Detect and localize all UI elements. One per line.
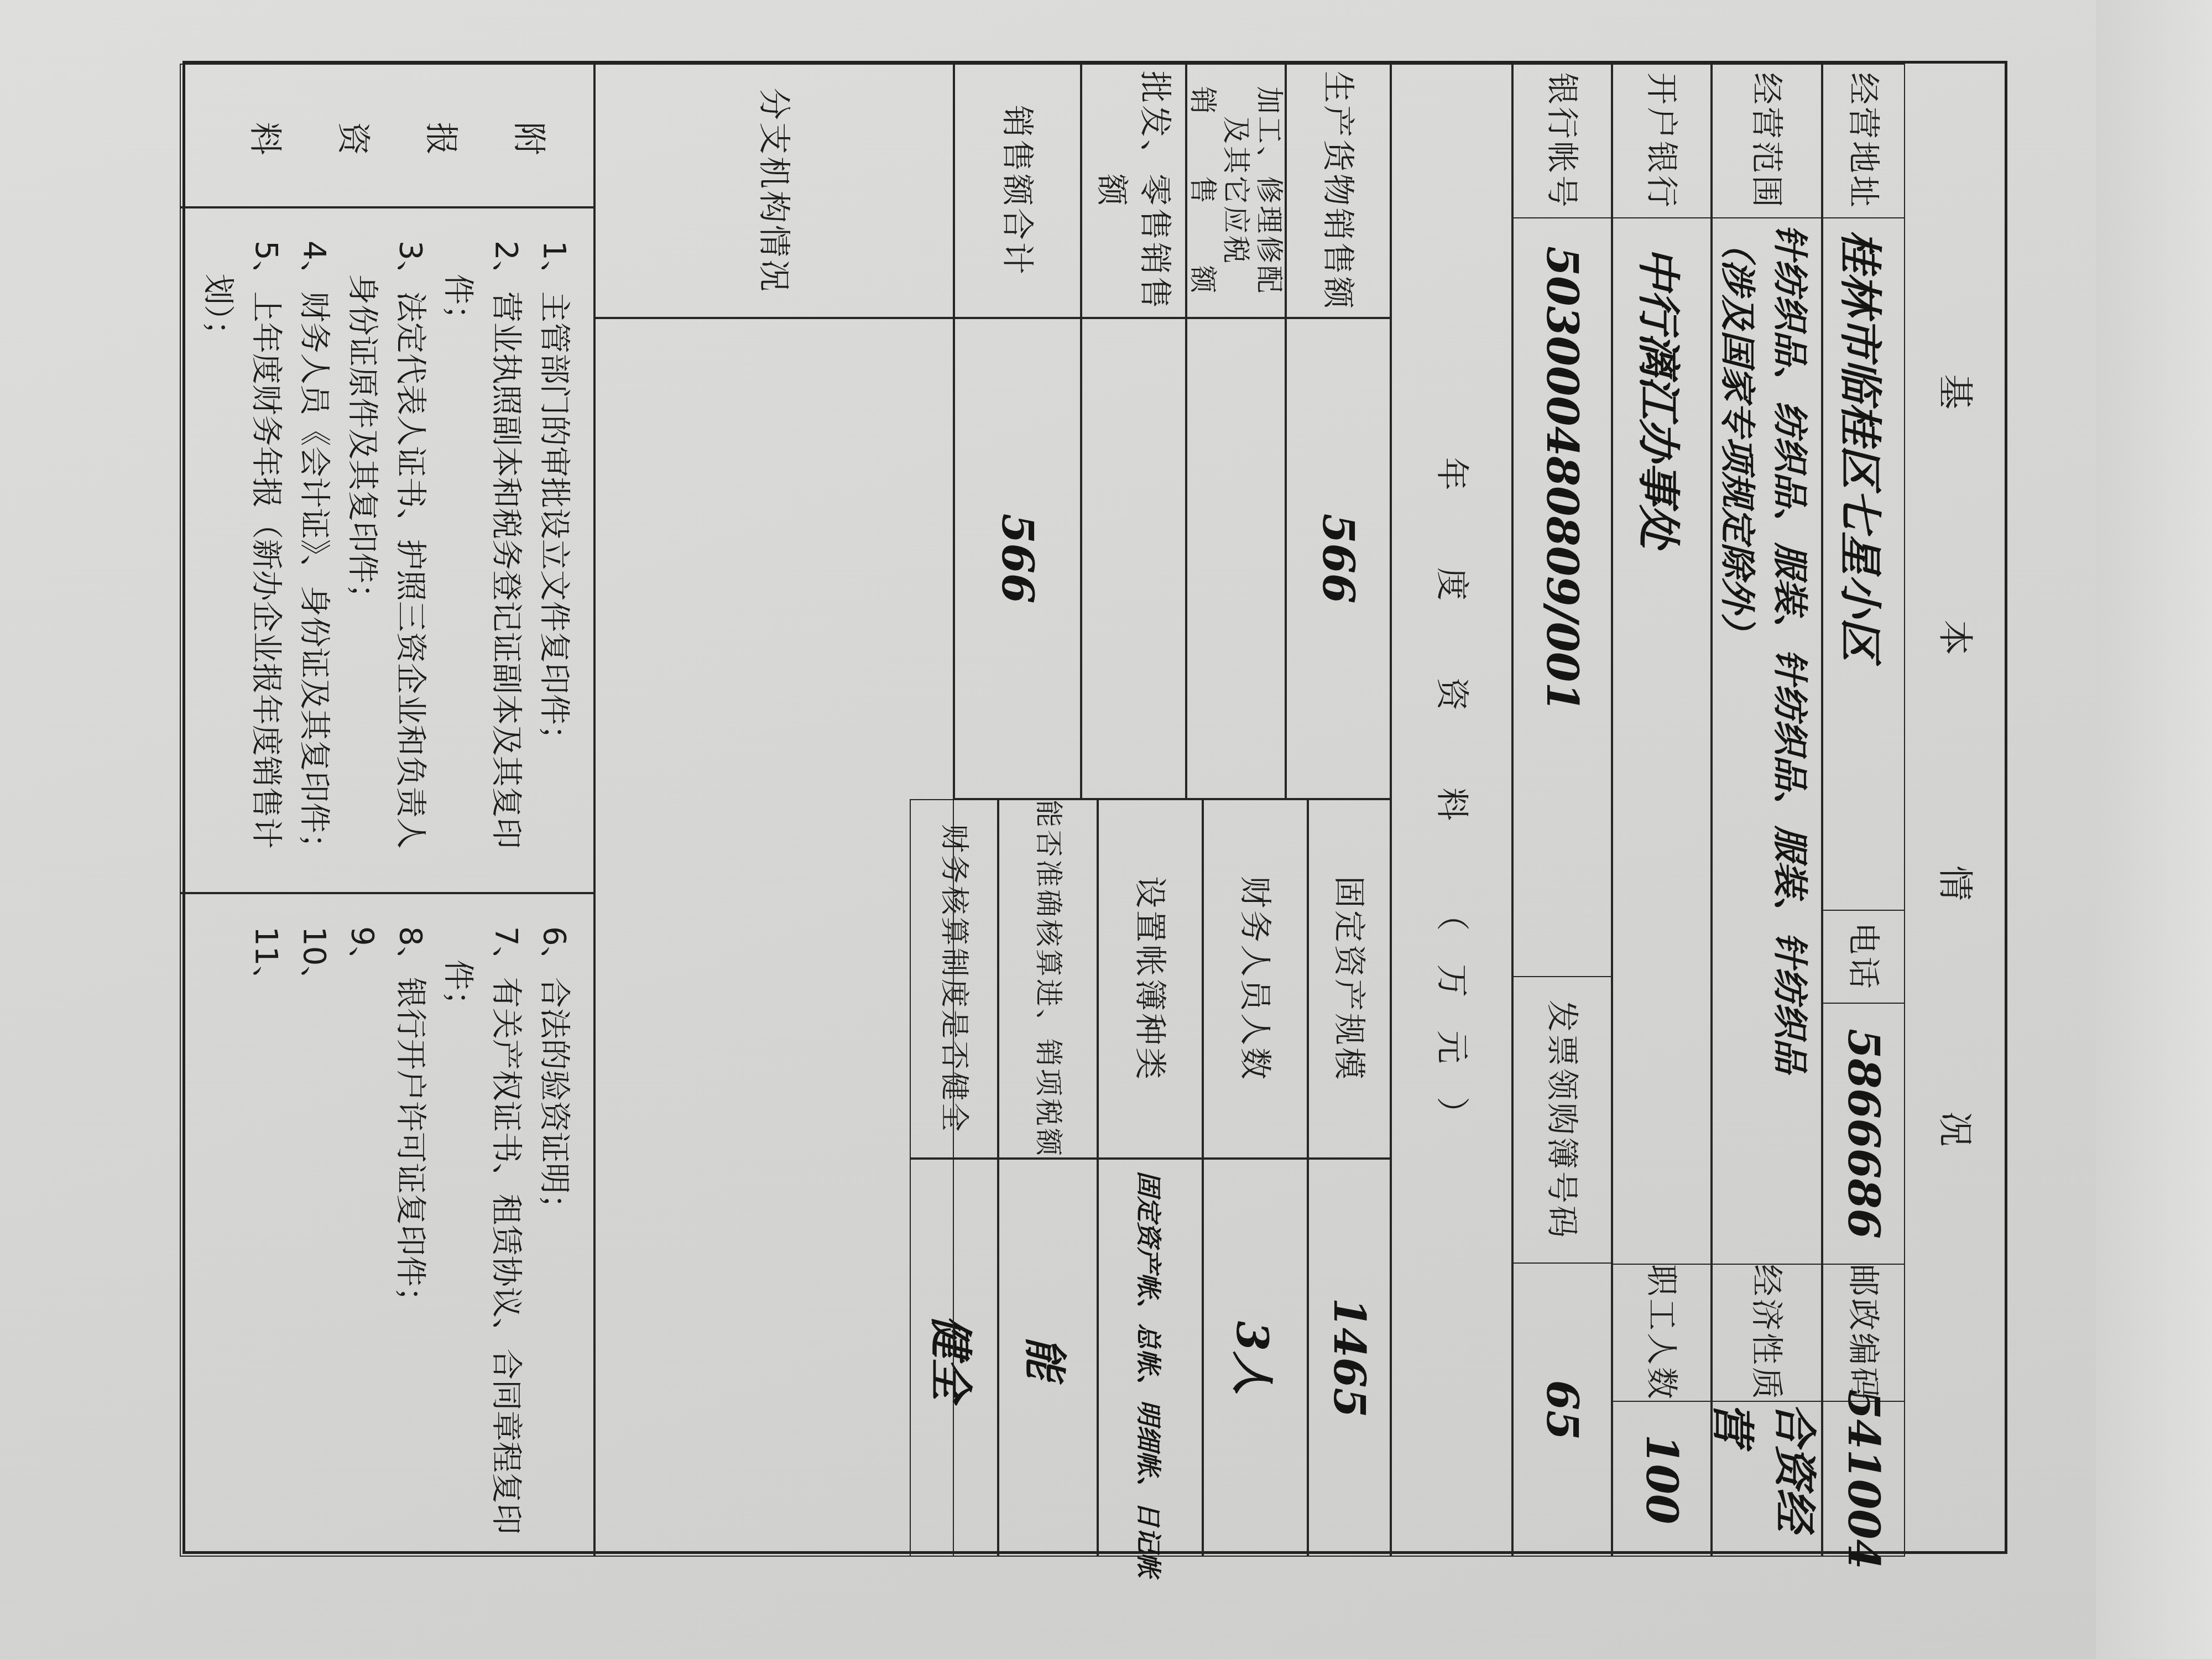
attachment-item: 10、 [290, 926, 338, 1535]
account-books-label: 设置帐簿种类 [1098, 799, 1203, 1159]
fixed-assets-label: 固定资产规模 [1308, 799, 1391, 1159]
tax-registration-form: 基 本 情 况 经营地址 桂林市临桂区七星小区 电话 5866686 邮政编码 … [182, 61, 2007, 1554]
scope-value-line2[interactable]: （涉及国家专项规定除外） [1714, 224, 1767, 1275]
employees-label: 职工人数 [1612, 1264, 1712, 1402]
attachment-item: 4、财务人员《会计证》、身份证及其复印件； [290, 241, 338, 871]
attachment-item: 5、上年度财务年报（新办企业报年度销售计划）； [194, 241, 290, 871]
attachment-item: 8、银行开户许可证复印件； [386, 926, 434, 1535]
total-sales-label: 销售额合计 [954, 64, 1081, 318]
finance-staff-label: 财务人员人数 [1203, 799, 1308, 1159]
invoice-label: 发票领购簿号码 [1512, 976, 1612, 1264]
nature-value[interactable]: 合资经营 [1712, 1402, 1822, 1557]
wholesale-retail-value[interactable] [1081, 318, 1186, 799]
annual-header: 年 度 资 料 （万元） [1391, 64, 1512, 1557]
account-label: 银行帐号 [1512, 64, 1612, 218]
underlying-paper-edge [2090, 0, 2212, 1659]
attachments-label: 附 报 资 料 [185, 75, 589, 196]
scope-value-line1[interactable]: 针纺织品、纺织品、服装、针纺织品、服装、针纺织品 [1767, 224, 1819, 1275]
account-value[interactable]: 503000480809/001 [1512, 246, 1612, 965]
scope-label: 经营范围 [1712, 64, 1822, 218]
attachment-item: 9、 [338, 926, 386, 1535]
nature-label: 经济性质 [1712, 1264, 1822, 1402]
attachments-right-list: 6、合法的验资证明； 7、有关产权证书、租赁协议、合同章程复印件； 8、银行开户… [242, 926, 578, 1535]
vat-accounting-label: 能否准确核算进、销项税额 [998, 799, 1098, 1159]
address-label: 经营地址 [1822, 64, 1905, 218]
attachment-item: 1、主管部门的审批设立文件复印件； [530, 241, 578, 871]
account-books-value[interactable]: 固定资产帐、总帐、明细帐、日记帐 [1098, 1164, 1203, 1584]
attachment-item: 11、 [242, 926, 290, 1535]
processing-sales-value[interactable] [1186, 318, 1286, 799]
vat-accounting-value[interactable]: 能 [998, 1159, 1098, 1557]
production-sales-value[interactable]: 566 [1286, 318, 1391, 799]
branch-label: 分支机构情况 [594, 64, 954, 318]
postcode-label: 邮政编码 [1822, 1264, 1905, 1402]
production-sales-label: 生产货物销售额 [1286, 64, 1391, 318]
attachment-item: 3、法定代表人证书、护照三资企业和负责人身份证原件及其复印件； [338, 241, 434, 871]
wholesale-retail-label: 批发、零售销售额 [1081, 64, 1186, 318]
attachment-item: 7、有关产权证书、租赁协议、合同章程复印件； [434, 926, 530, 1535]
fixed-assets-value[interactable]: 1465 [1308, 1159, 1391, 1557]
total-sales-value[interactable]: 566 [954, 318, 1081, 799]
employees-value[interactable]: 100 [1612, 1402, 1712, 1557]
attachments-left-list: 1、主管部门的审批设立文件复印件； 2、营业执照副本和税务登记证副本及其复印件；… [194, 241, 578, 871]
finance-staff-value[interactable]: 3人 [1203, 1159, 1308, 1557]
bank-value[interactable]: 中行漓江办事处 [1612, 246, 1712, 910]
form-title: 基 本 情 况 [1905, 64, 2005, 1557]
attachment-item: 2、营业执照副本和税务登记证副本及其复印件； [434, 241, 530, 871]
postcode-value[interactable]: 541004 [1822, 1402, 1905, 1557]
branch-value[interactable] [594, 318, 954, 1557]
attachment-item: 6、合法的验资证明； [530, 926, 578, 1535]
bank-label: 开户银行 [1612, 64, 1712, 218]
phone-label: 电话 [1822, 910, 1905, 1004]
phone-value[interactable]: 5866686 [1822, 1004, 1905, 1264]
invoice-value[interactable]: 65 [1512, 1264, 1612, 1557]
address-value[interactable]: 桂林市临桂区七星小区 [1822, 229, 1905, 893]
processing-sales-label: 加工、修理修配 及其它应税 销 售 额 [1186, 64, 1286, 318]
